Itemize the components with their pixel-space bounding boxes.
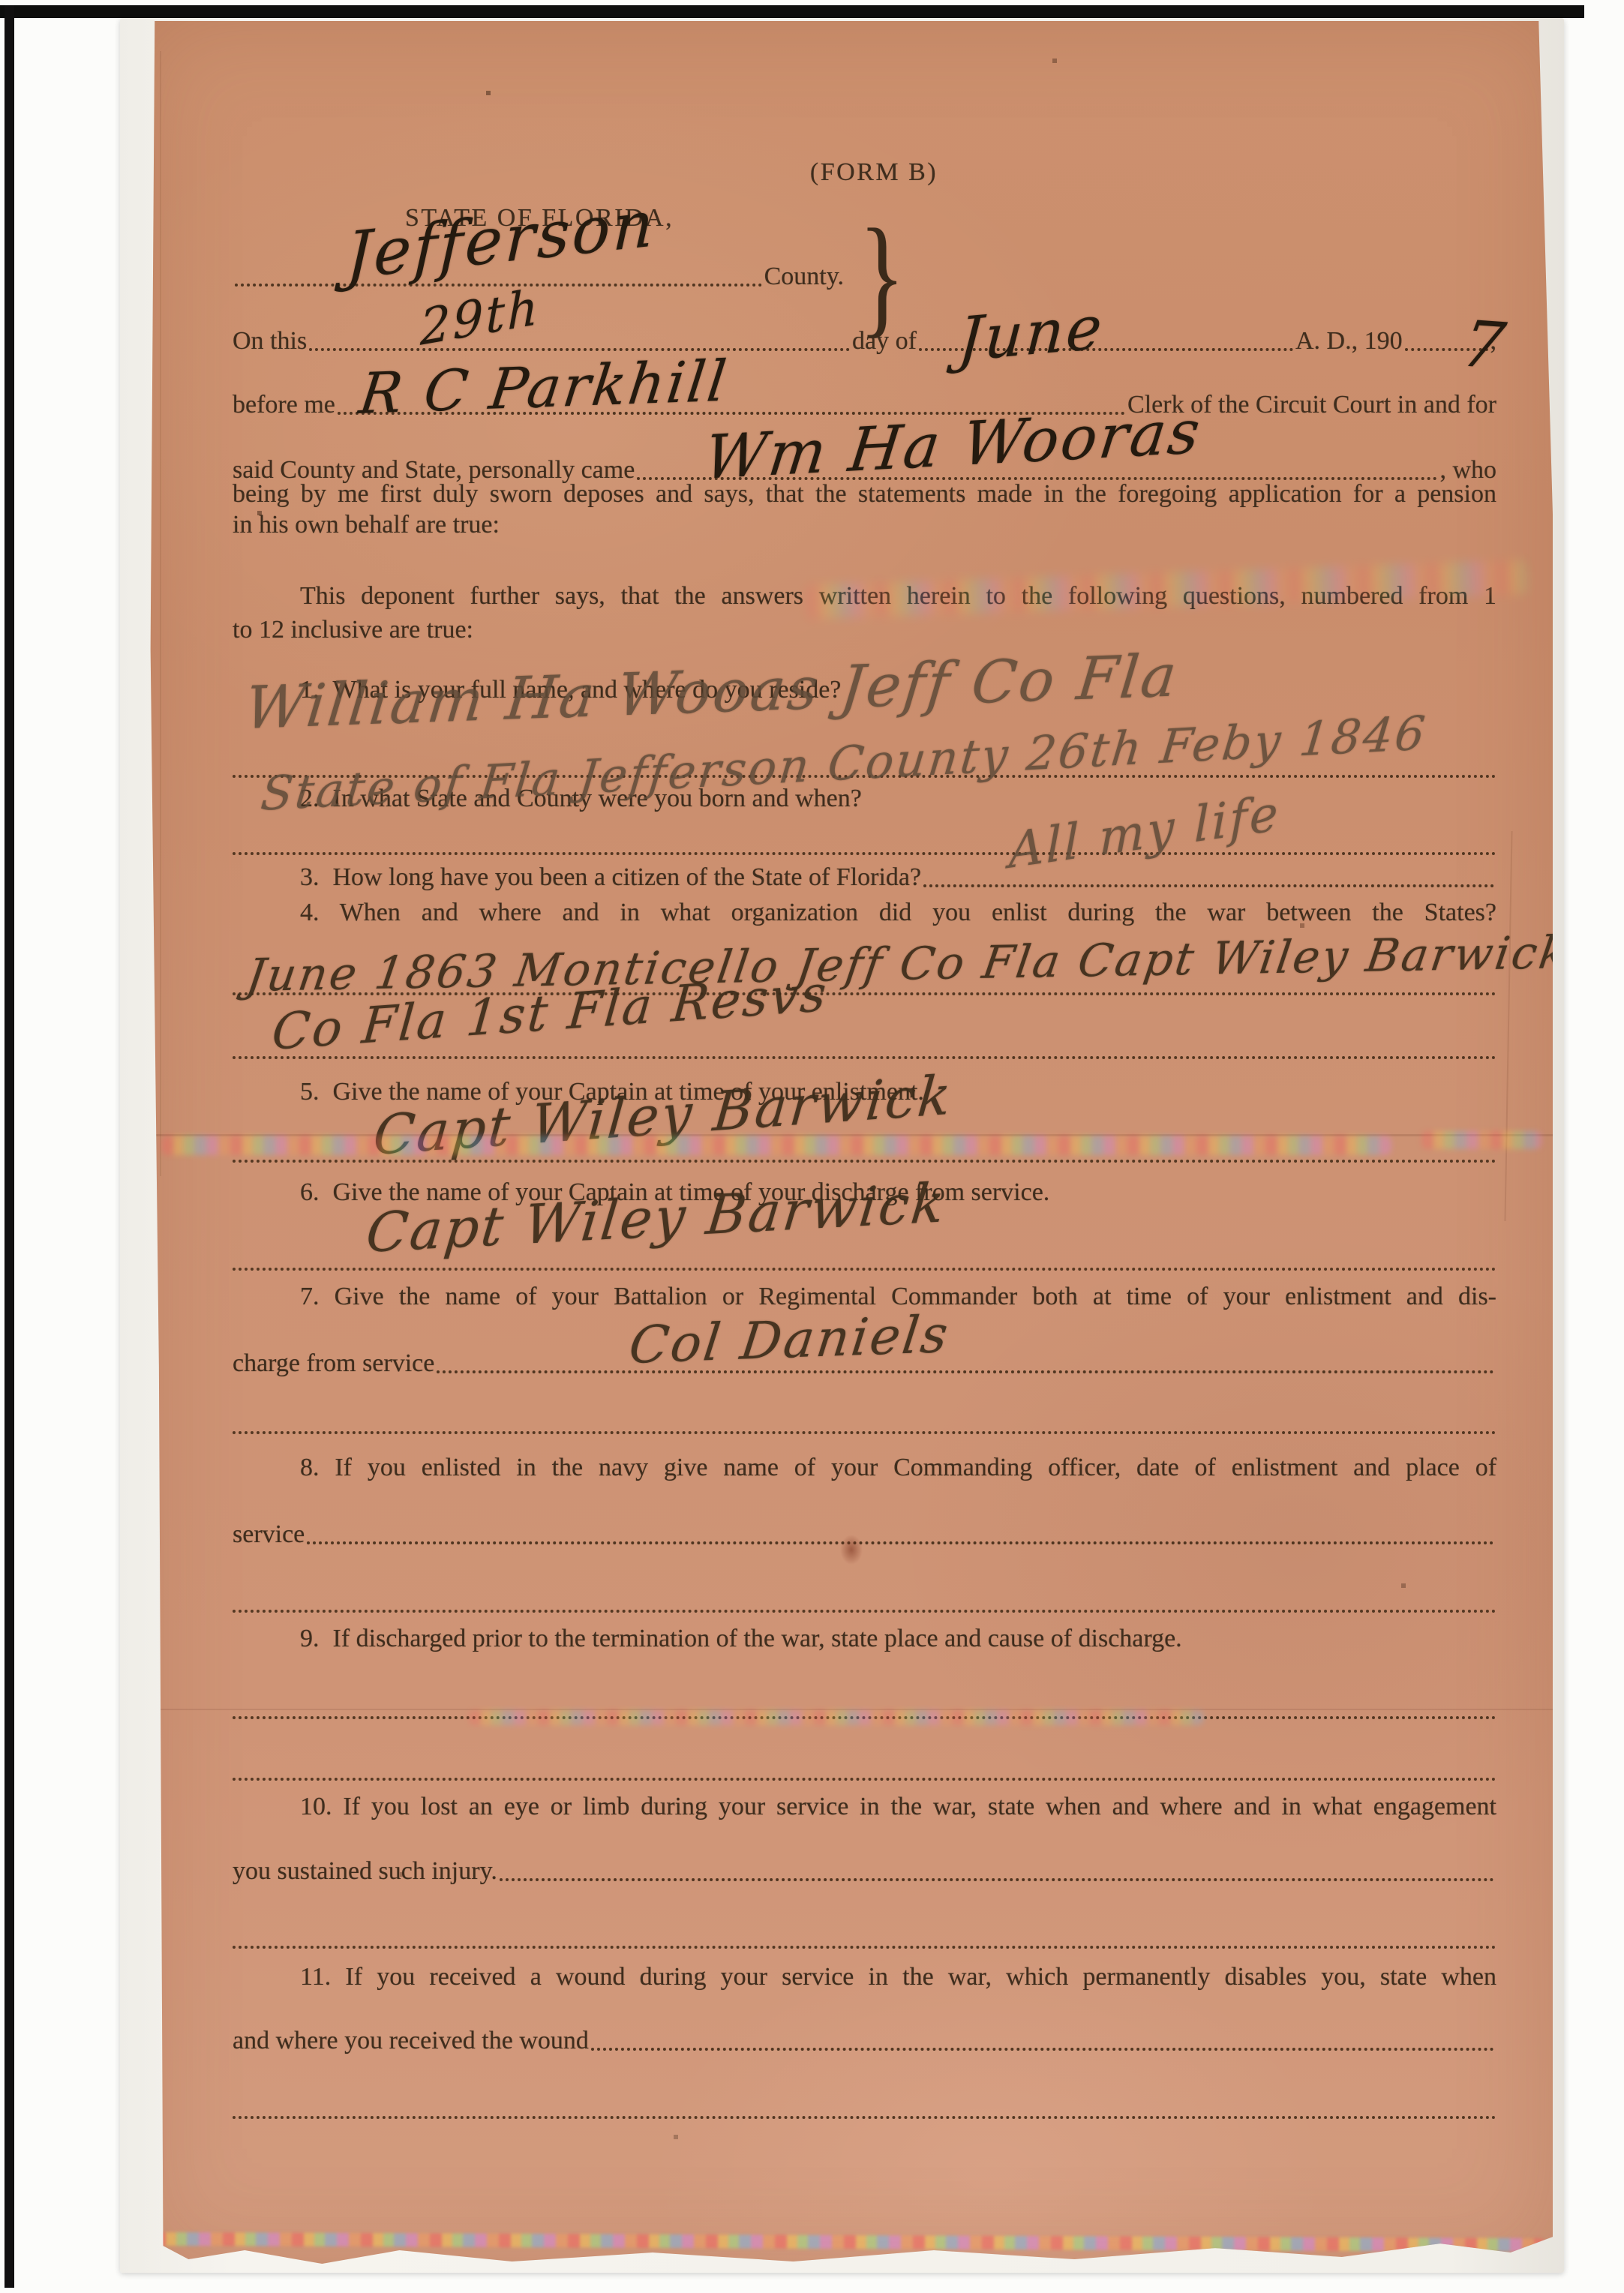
day-dotted-leader — [309, 348, 850, 351]
scan-border-top — [0, 5, 1584, 18]
answer-dotted-line — [233, 1946, 1496, 1949]
question-10-text-2: you sustained such injury. — [233, 1858, 497, 1889]
day-of-label: day of — [852, 328, 917, 359]
answer-dotted-line — [233, 1268, 1496, 1271]
vertical-crease — [160, 51, 161, 1176]
form-tag-text: (FORM B) — [810, 159, 938, 190]
torn-edge-iridescence — [154, 2232, 1545, 2252]
question-4: 4. When and where and in what organizati… — [300, 896, 1496, 930]
handwritten-clerk-name: R C Parkhill — [356, 353, 731, 422]
handwritten-year: 7 — [1457, 313, 1511, 379]
form-tag: (FORM B) — [191, 155, 1556, 190]
question-4-number: 4. — [300, 899, 320, 926]
question-11-text-2: and where you received the wound — [233, 2027, 589, 2058]
question-11-text: If you received a wound during your serv… — [345, 1963, 1496, 1991]
answer-dotted-line — [233, 852, 1496, 855]
answer-dotted-line — [233, 1610, 1496, 1613]
question-11-number: 11. — [300, 1963, 331, 1991]
iridescent-scan-artifact — [161, 1136, 1391, 1155]
question-7-number: 7. — [300, 1283, 320, 1310]
paper-stain — [840, 1535, 863, 1565]
document-page: (FORM B) STATE OF FLORIDA, County. } On … — [146, 21, 1553, 2264]
question-3: 3. How long have you been a citizen of t… — [300, 860, 1496, 895]
sworn-line-2-text: in his own behalf are true: — [233, 512, 500, 542]
deponent-line-2: to 12 inclusive are true: — [233, 613, 473, 647]
handwritten-answer-1: William Ha Wooas Jeff Co Fla — [242, 647, 1181, 738]
vertical-crease — [1504, 831, 1512, 1221]
deponent-line-2-text: to 12 inclusive are true: — [233, 617, 473, 647]
question-8-continuation: service — [233, 1517, 1496, 1552]
question-5-number: 5. — [300, 1079, 320, 1109]
answer-dotted-line — [233, 1778, 1496, 1781]
handwritten-month: June — [956, 297, 1106, 371]
question-10-dotted-leader — [500, 1878, 1494, 1881]
county-label: County. — [764, 263, 844, 294]
answer-dotted-line — [233, 1056, 1496, 1059]
question-4-text: When and where and in what organization … — [340, 899, 1496, 926]
question-9: 9. If discharged prior to the terminatio… — [300, 1622, 1182, 1656]
question-7-dotted-leader — [437, 1370, 1494, 1373]
handwritten-answer-4-line-1: June 1863 Monticello Jeff Co Fla Capt Wi… — [244, 930, 1572, 998]
handwritten-answer-7: Col Daniels — [626, 1310, 953, 1372]
question-11: 11. If you received a wound during your … — [300, 1960, 1496, 1994]
question-10-continuation: you sustained such injury. — [233, 1854, 1496, 1889]
sworn-line-2: in his own behalf are true: — [233, 508, 500, 542]
iridescent-scan-artifact — [1421, 1131, 1541, 1149]
question-8-text: If you enlisted in the navy give name of… — [335, 1454, 1496, 1481]
question-10-text: If you lost an eye or limb during your s… — [343, 1793, 1496, 1820]
question-6-number: 6. — [300, 1179, 320, 1210]
scanned-document: (FORM B) STATE OF FLORIDA, County. } On … — [0, 0, 1624, 2293]
question-8-number: 8. — [300, 1454, 320, 1481]
question-8-dotted-leader — [307, 1541, 1494, 1544]
question-3-dotted-leader — [923, 884, 1494, 887]
question-11-dotted-leader — [591, 2048, 1494, 2051]
answer-dotted-line — [233, 2116, 1496, 2119]
before-me-label: before me — [233, 392, 335, 422]
question-8: 8. If you enlisted in the navy give name… — [300, 1451, 1496, 1485]
curly-brace: } — [859, 209, 905, 342]
question-11-continuation: and where you received the wound — [233, 2024, 1496, 2058]
question-10: 10. If you lost an eye or limb during yo… — [300, 1790, 1496, 1824]
question-8-text-2: service — [233, 1521, 305, 1552]
question-9-text: If discharged prior to the termination o… — [333, 1625, 1182, 1656]
question-3-text: How long have you been a citizen of the … — [333, 864, 922, 895]
on-this-label: On this — [233, 328, 307, 359]
question-7-text-2: charge from service — [233, 1350, 434, 1381]
ad-label: A. D., 190 — [1295, 328, 1403, 359]
question-9-number: 9. — [300, 1625, 320, 1656]
iridescent-scan-artifact — [469, 1710, 1204, 1725]
question-3-number: 3. — [300, 864, 320, 895]
answer-dotted-line — [233, 1431, 1496, 1434]
question-10-number: 10. — [300, 1793, 332, 1820]
scan-border-left — [5, 5, 14, 2288]
